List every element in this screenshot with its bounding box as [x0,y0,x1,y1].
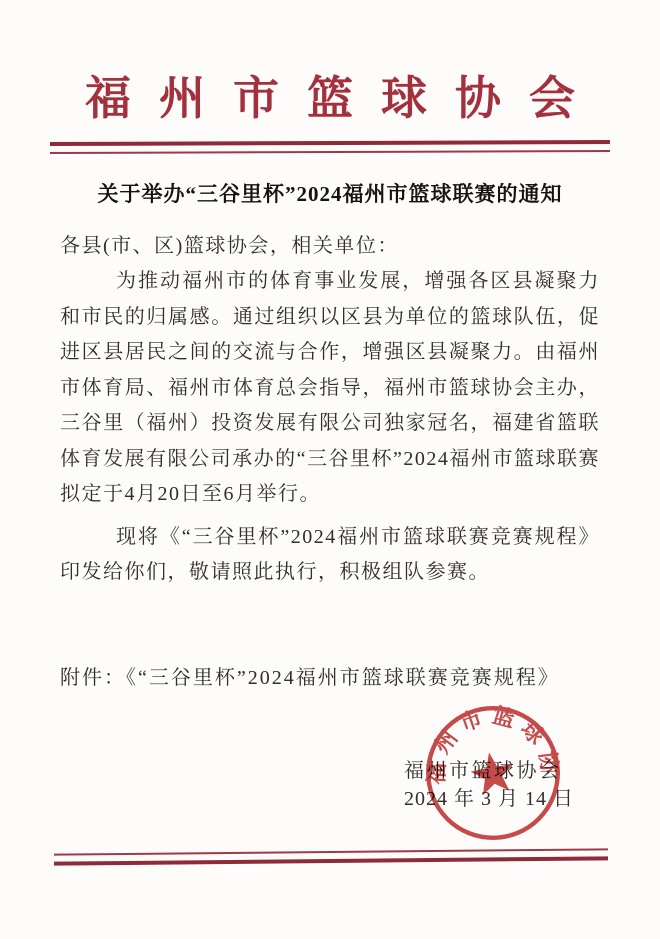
letterhead-rule-thick [50,140,610,146]
letterhead-double-rule [50,140,610,154]
footer-double-rule [54,848,608,865]
notice-title: 关于举办“三谷里杯”2024福州市篮球联赛的通知 [0,178,660,208]
signature-date: 2024 年 3 月 14 日 [404,785,574,813]
attachment-line: 附件：《“三谷里杯”2024福州市篮球联赛竞赛规程》 [60,661,600,697]
signature-block: 福州市篮球协会 2024 年 3 月 14 日 [404,757,574,813]
footer-rule-thin [54,848,608,855]
body-paragraph-2: 现将《“三谷里杯”2024福州市篮球联赛竞赛规程》印发给你们，敬请照此执行，积极… [60,520,600,591]
notice-body: 各县(市、区)篮球协会，相关单位： 为推动福州市的体育事业发展，增强各区县凝聚力… [0,229,660,697]
salutation-line: 各县(市、区)篮球协会，相关单位： [60,229,600,265]
signature-org-name: 福州市篮球协会 [404,757,574,785]
document-page: 福州市篮球协会 关于举办“三谷里杯”2024福州市篮球联赛的通知 各县(市、区)… [0,0,660,939]
letterhead-rule-thin [50,150,610,154]
letterhead-org-name: 福州市篮球协会 [0,74,660,125]
body-paragraph-1: 为推动福州市的体育事业发展，增强各区县凝聚力和市民的归属感。通过组织以区县为单位… [60,264,600,513]
footer-rule-thick [54,856,608,865]
